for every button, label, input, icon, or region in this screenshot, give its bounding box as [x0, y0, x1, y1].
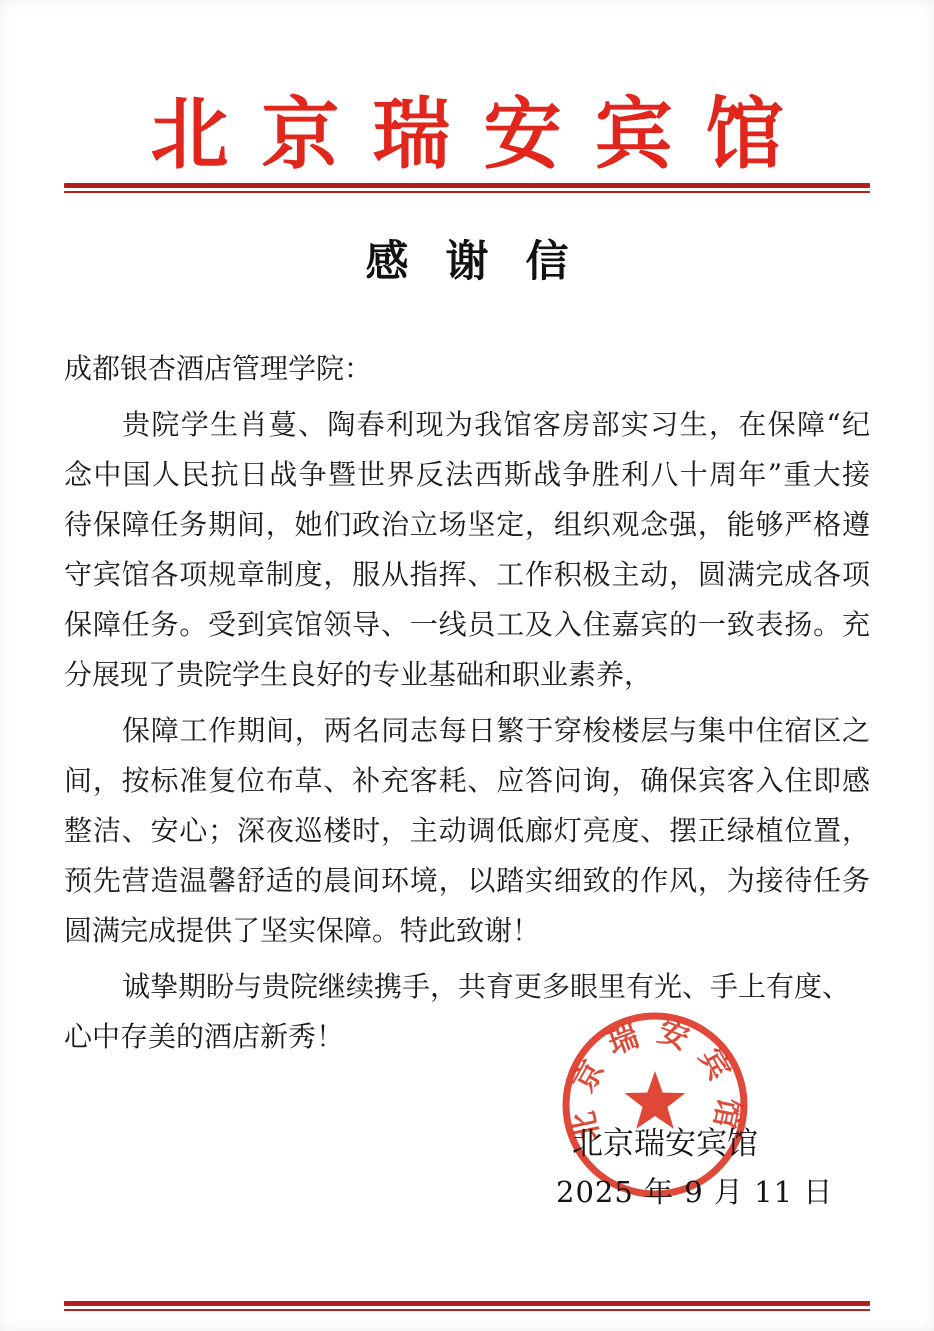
- body-line: 贵院学生肖蔓、陶春利现为我馆客房部实习生，在保障“纪: [64, 400, 870, 450]
- body-line: 预先营造温馨舒适的晨间环境，以踏实细致的作风，为接待任务: [64, 856, 870, 906]
- body-line: 念中国人民抗日战争暨世界反法西斯战争胜利八十周年”重大接: [64, 450, 870, 500]
- salutation: 成都银杏酒店管理学院：: [64, 344, 870, 394]
- body-line: 保障工作期间，两名同志每日繁于穿梭楼层与集中住宿区之: [64, 706, 870, 756]
- divider-thin-line: [64, 191, 870, 193]
- header-divider: [64, 183, 870, 193]
- body-line: 间，按标准复位布草、补充客耗、应答问询，确保宾客入住即感: [64, 756, 870, 806]
- body-line: 待保障任务期间，她们政治立场坚定，组织观念强，能够严格遵: [64, 500, 870, 550]
- signature-hotel-name: 北京瑞安宾馆: [572, 1118, 758, 1163]
- hotel-name-header: 北京瑞安宾馆: [0, 72, 934, 184]
- paragraph: 贵院学生肖蔓、陶春利现为我馆客房部实习生，在保障“纪 念中国人民抗日战争暨世界反…: [64, 400, 870, 700]
- letter-date: 2025 年 9 月 11 日: [556, 1170, 833, 1211]
- divider-thin-line: [64, 1309, 870, 1311]
- body-line: 整洁、安心；深夜巡楼时，主动调低廊灯亮度、摆正绿植位置，: [64, 806, 870, 856]
- letter-title: 感 谢 信: [0, 228, 934, 289]
- thank-you-letter-page: 北京瑞安宾馆 感 谢 信 成都银杏酒店管理学院： 贵院学生肖蔓、陶春利现为我馆客…: [0, 0, 934, 1331]
- body-line: 保障任务。受到宾馆领导、一线员工及入住嘉宾的一致表扬。充: [64, 600, 870, 650]
- body-line: 守宾馆各项规章制度，服从指挥、工作积极主动，圆满完成各项: [64, 550, 870, 600]
- body-line: 分展现了贵院学生良好的专业基础和职业素养，: [64, 650, 870, 700]
- footer-divider: [64, 1301, 870, 1311]
- body-line: 圆满完成提供了坚实保障。特此致谢！: [64, 906, 870, 956]
- letter-body: 成都银杏酒店管理学院： 贵院学生肖蔓、陶春利现为我馆客房部实习生，在保障“纪 念…: [64, 344, 870, 1062]
- paragraph: 保障工作期间，两名同志每日繁于穿梭楼层与集中住宿区之 间，按标准复位布草、补充客…: [64, 706, 870, 956]
